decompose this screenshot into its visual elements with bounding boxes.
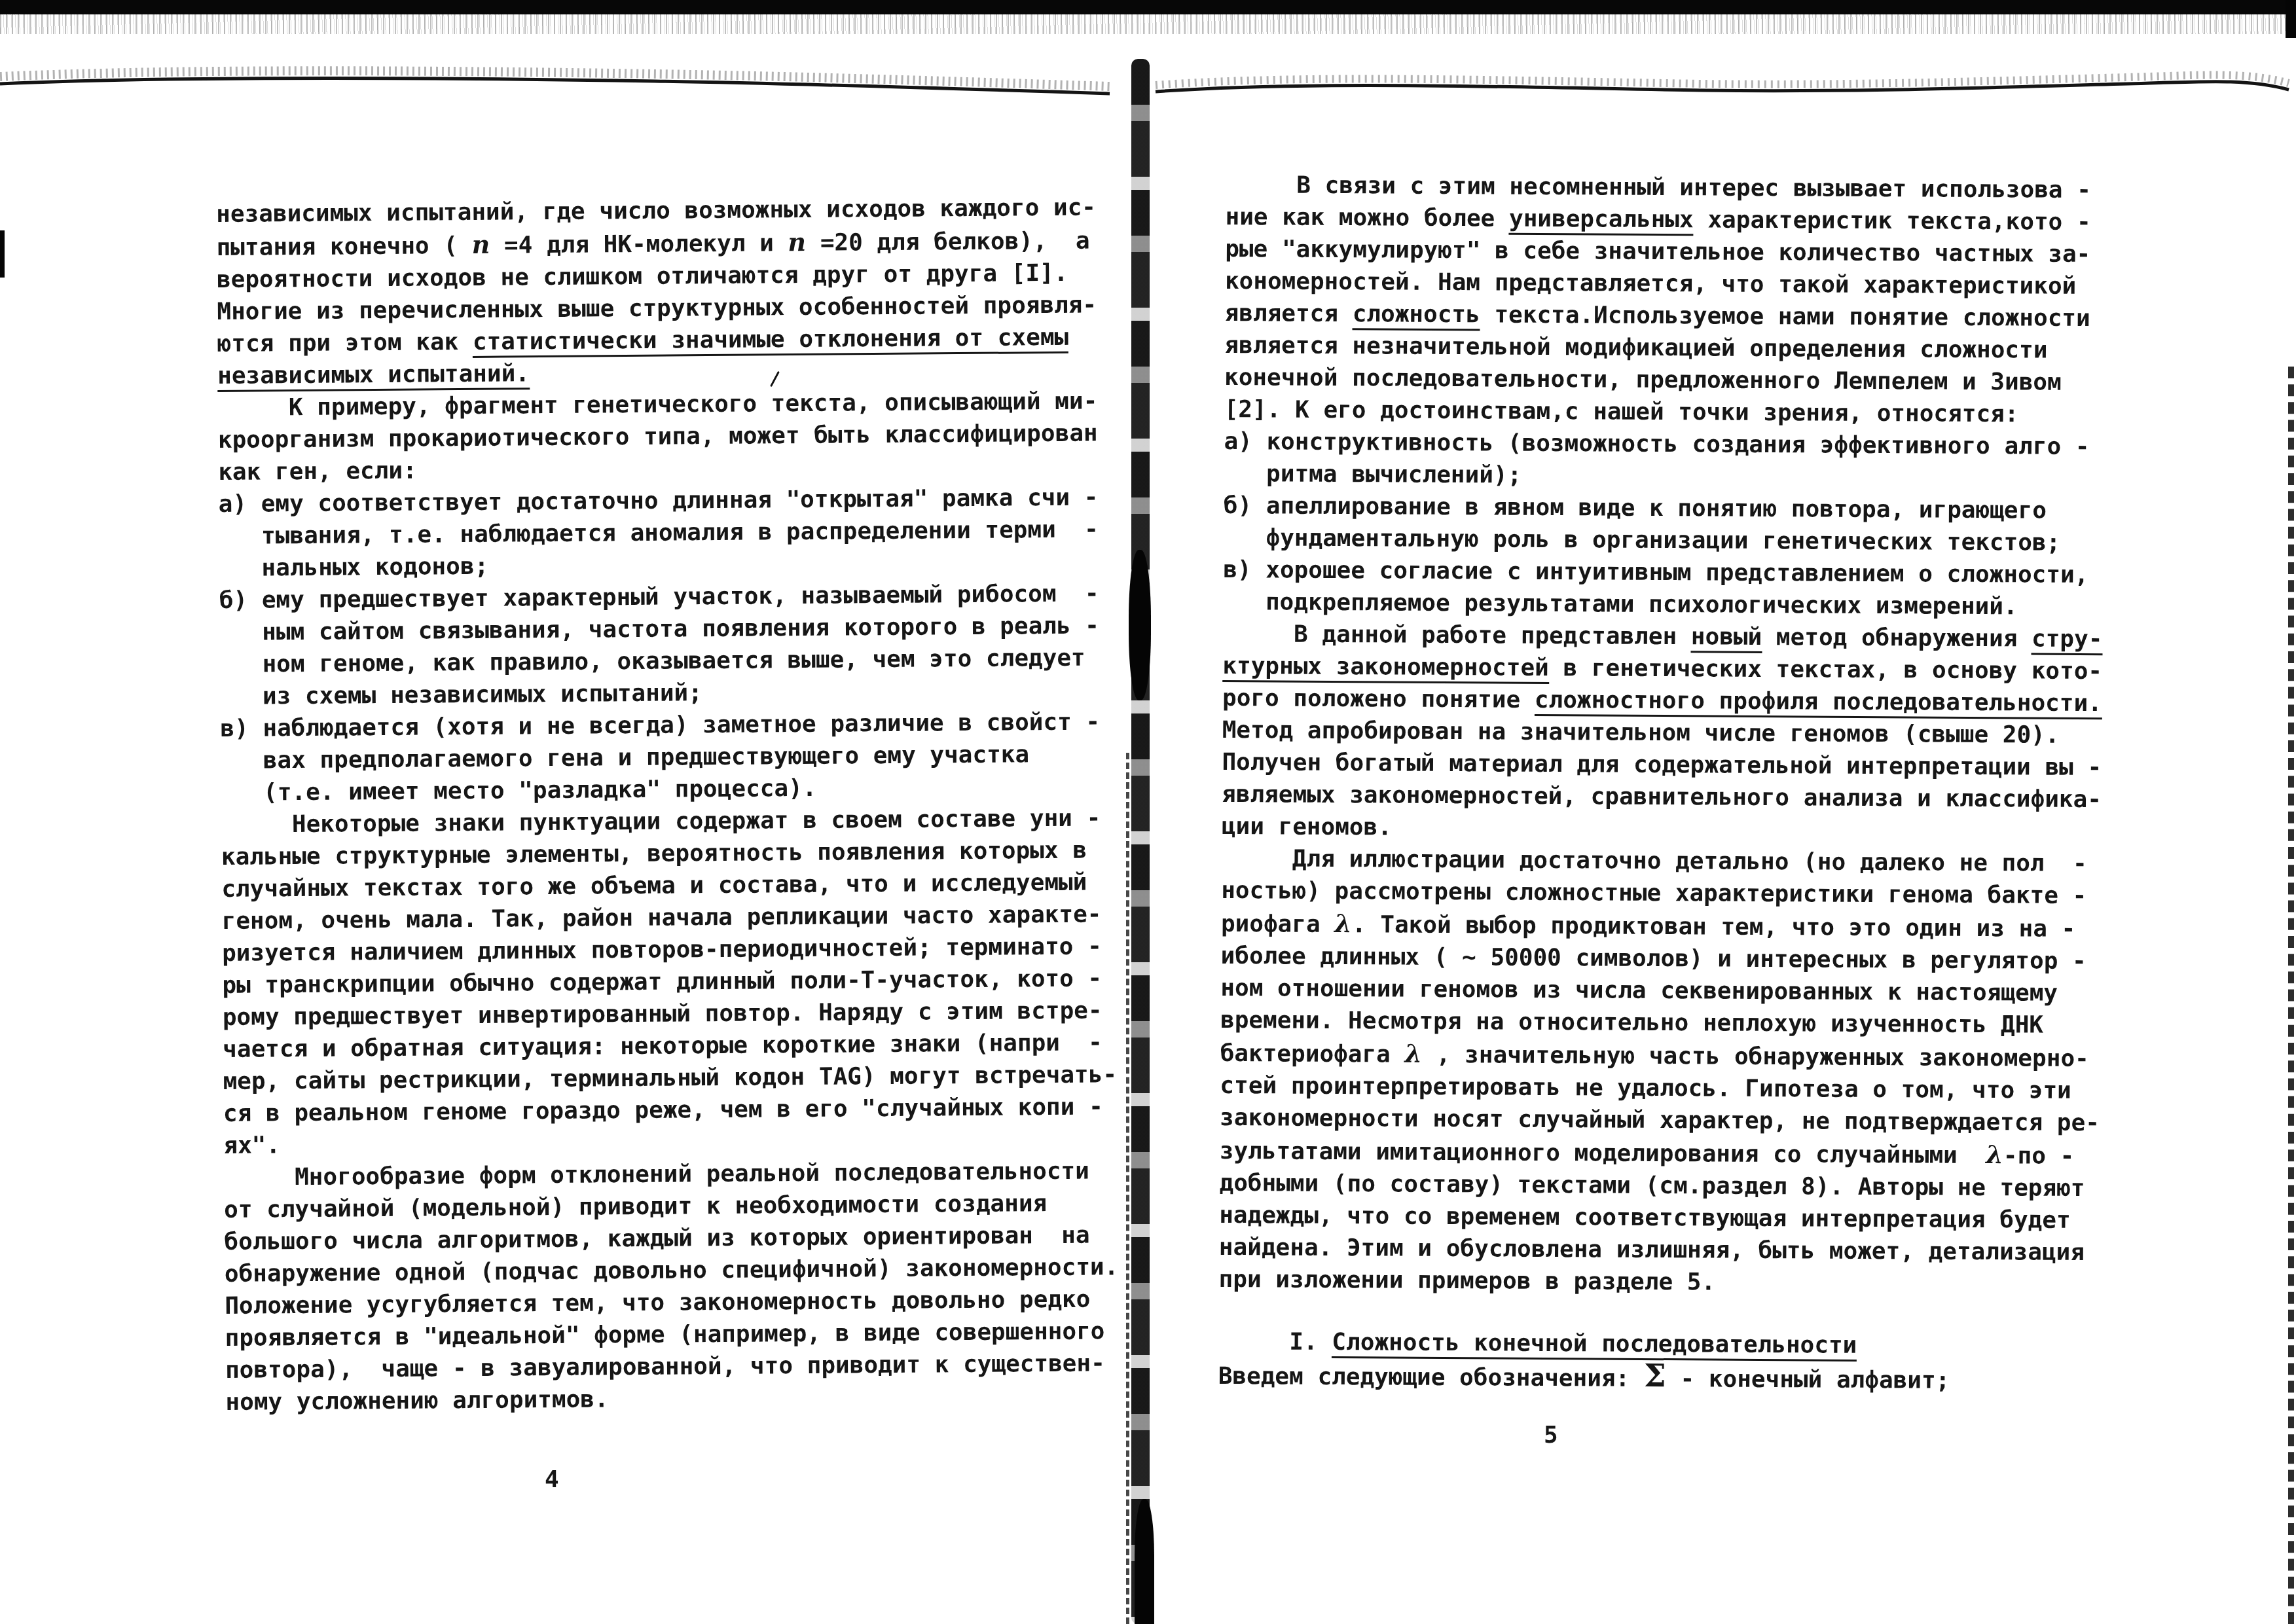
text-line: рые "аккумулируют" в себе значительное к…	[1225, 233, 2168, 271]
page-right-text: В связи с этим несомненный интерес вызыв…	[1218, 169, 2168, 1398]
text-segment: является	[1225, 300, 1353, 327]
text-segment: ному усложнению алгоритмов.	[225, 1386, 609, 1416]
text-segment: [2]. К его достоинствам,с нашей точки зр…	[1224, 396, 2019, 427]
text-segment: независимых испытаний, где число возможн…	[216, 194, 1096, 228]
text-segment: рые "аккумулируют" в себе значительное к…	[1225, 236, 2090, 268]
text-segment: нальных кодонов;	[261, 553, 488, 582]
text-segment: ностью) рассмотрены сложностные характер…	[1221, 877, 2086, 909]
text-segment: в) наблюдается (хотя и не всегда) заметн…	[220, 708, 1100, 742]
text-segment: вероятности исходов не слишком отличаютс…	[217, 260, 1068, 293]
text-segment: ным сайтом связывания, частота появления…	[262, 612, 1099, 645]
text-segment: ях".	[223, 1132, 280, 1159]
text-segment: В данной работе представлен	[1294, 621, 1691, 651]
math-symbol: λ	[1404, 1039, 1422, 1068]
text-segment: , значительную часть обнаруженных законо…	[1422, 1041, 2089, 1072]
text-line: конечной последовательности, предложенно…	[1224, 361, 2167, 399]
text-line: фундаментальную роль в организации генет…	[1223, 522, 2166, 560]
text-segment: ритма вычислений);	[1266, 460, 1522, 488]
text-line: В связи с этим несомненный интерес вызыв…	[1226, 169, 2168, 207]
text-segment: текста.Используемое нами понятие сложнос…	[1480, 301, 2090, 332]
text-segment: кроорганизм прокариотического типа, може…	[218, 420, 1098, 454]
text-segment: проявляется в "идеальной" форме (наприме…	[225, 1318, 1105, 1352]
text-line: ном отношении геномов из числа секвениро…	[1220, 972, 2163, 1010]
text-segment: кономерностей. Нам представляется, что т…	[1225, 268, 2077, 300]
text-segment: фундаментальную роль в организации генет…	[1266, 524, 2060, 556]
text-line: бактериофага λ , значительную часть обна…	[1220, 1036, 2163, 1075]
text-segment: зультатами имитационного моделирования с…	[1220, 1138, 1986, 1169]
text-segment: пытания конечно (	[216, 232, 471, 261]
text-line: ритма вычислений);	[1224, 458, 2166, 496]
underlined-text: универсальных	[1509, 206, 1694, 236]
scan-right-corner-mark	[2286, 0, 2296, 38]
text-line: стей проинтерпретировать не удалось. Гип…	[1220, 1070, 2162, 1108]
text-segment: Получен богатый материал для содержатель…	[1222, 749, 2102, 781]
scan-left-edge-mark	[0, 230, 5, 278]
text-segment: надежды, что со временем соответствующая…	[1219, 1202, 2071, 1234]
text-line: Введем следующие обозначения: Σ - конечн…	[1218, 1358, 2161, 1398]
text-segment: рого положено понятие	[1222, 685, 1535, 713]
text-segment: при изложении примеров в разделе 5.	[1219, 1266, 1716, 1296]
text-segment: повтора), чаще - в завуалированной, что …	[225, 1350, 1105, 1384]
text-segment: характеристик текста,кото -	[1694, 206, 2091, 236]
text-segment: случайных текстах того же объема и соста…	[221, 869, 1087, 903]
text-segment: Метод апробирован на значительном числе …	[1222, 717, 2060, 749]
spine-ink-blob	[1135, 1499, 1154, 1624]
text-line: добными (по составу) текстами (см.раздел…	[1219, 1167, 2162, 1205]
math-symbol: λ	[1986, 1140, 2003, 1169]
underlined-text: ктурных закономерностей	[1222, 653, 1549, 684]
text-segment: метод обнаружения	[1762, 624, 2032, 653]
text-segment: К примеру, фрагмент генетического текста…	[289, 388, 1098, 421]
text-line: В данной работе представлен новый метод …	[1223, 618, 2166, 656]
text-segment: стей проинтерпретировать не удалось. Гип…	[1220, 1072, 2071, 1104]
text-line: времени. Несмотря на относительно неплох…	[1220, 1004, 2163, 1042]
text-line: кономерностей. Нам представляется, что т…	[1225, 265, 2168, 303]
text-segment: чается и обратная ситуация: некоторые ко…	[223, 1029, 1102, 1063]
text-segment: ются при этом как	[217, 329, 473, 357]
text-segment: тывания, т.е. наблюдается аномалия в рас…	[261, 516, 1099, 549]
text-segment: Положение усугубляется тем, что закономе…	[225, 1286, 1090, 1320]
text-segment: Введем следующие обозначения:	[1218, 1363, 1644, 1392]
underlined-text: независимых испытаний.	[217, 360, 530, 392]
underlined-text: сложностного профиля последовательности.	[1535, 687, 2102, 719]
text-segment: обнаружение одной (подчас довольно специ…	[225, 1254, 1119, 1288]
text-segment: вах предполагаемого гена и предшествующе…	[263, 741, 1030, 774]
text-segment: - конечный алфавит;	[1666, 1365, 1950, 1394]
text-segment: закономерности носят случайный характер,…	[1220, 1104, 2100, 1136]
text-segment: кальные структурные элементы, вероятност…	[221, 837, 1087, 871]
text-segment: ном геноме, как правило, оказывается выш…	[262, 645, 1085, 678]
text-segment: добными (по составу) текстами (см.раздел…	[1219, 1170, 2085, 1202]
text-segment: -по -	[2003, 1142, 2075, 1170]
text-segment: ции геномов.	[1222, 813, 1392, 841]
text-segment: I.	[1289, 1329, 1332, 1356]
text-line: закономерности носят случайный характер,…	[1220, 1102, 2162, 1140]
text-segment: в) хорошее согласие с интуитивным предст…	[1223, 556, 2088, 588]
text-segment: ризуется наличием длинных повторов-перио…	[222, 933, 1102, 967]
text-line: рого положено понятие сложностного профи…	[1222, 682, 2165, 720]
text-segment: Многообразие форм отклонений реальной по…	[295, 1158, 1089, 1191]
text-segment: мер, сайты рестрикции, терминальный кодо…	[223, 1061, 1117, 1095]
text-line: надежды, что со временем соответствующая…	[1219, 1199, 2162, 1237]
scanned-book-spread: независимых испытаний, где число возможн…	[0, 0, 2296, 1624]
text-line: Получен богатый материал для содержатель…	[1222, 746, 2164, 784]
text-segment: В связи с этим несомненный интерес вызыв…	[1296, 172, 2091, 204]
text-segment: ры транскрипции обычно содержат длинный …	[222, 965, 1102, 999]
text-segment: б) апеллирование в явном виде к понятию …	[1224, 492, 2047, 524]
underlined-text: сложность	[1353, 300, 1480, 331]
text-line: являемых закономерностей, сравнительного…	[1222, 778, 2164, 816]
text-segment: (т.е. имеет место "разладка" процесса).	[263, 775, 817, 806]
text-segment: из схемы независимых испытаний;	[263, 679, 702, 710]
text-segment: большого числа алгоритмов, каждый из кот…	[224, 1222, 1089, 1255]
text-segment: от случайной (модельной) приводит к необ…	[224, 1190, 1047, 1223]
text-segment: Для иллюстрации достаточно детально (но …	[1292, 846, 2087, 877]
text-line: Для иллюстрации достаточно детально (но …	[1221, 842, 2164, 880]
text-segment: Многие из перечисленных выше структурных…	[217, 291, 1097, 325]
text-line: ние как можно более универсальных характ…	[1225, 201, 2168, 239]
text-segment: бактериофага	[1220, 1040, 1405, 1068]
scan-right-edge-dashes	[2288, 367, 2294, 1624]
text-segment: б) ему предшествует характерный участок,…	[219, 580, 1099, 614]
text-segment: =4 для НК-молекул и	[490, 230, 788, 259]
math-symbol: n	[788, 227, 806, 257]
text-segment: ном отношении геномов из числа секвениро…	[1220, 975, 2058, 1007]
page-number-left: 4	[545, 1466, 559, 1493]
underlined-text: статистически значимые отклонения от схе…	[473, 324, 1069, 358]
text-line: б) апеллирование в явном виде к понятию …	[1224, 490, 2166, 528]
text-segment: как ген, если:	[218, 458, 417, 486]
text-line: [2]. К его достоинствам,с нашей точки зр…	[1224, 393, 2167, 431]
text-line: ции геномов.	[1222, 810, 2164, 848]
text-segment: иболее длинных ( ~ 50000 символов) и инт…	[1221, 943, 2086, 975]
text-segment: в генетических текстах, в основу кото-	[1549, 655, 2103, 685]
text-line: I. Сложность конечной последовательности	[1218, 1326, 2161, 1363]
text-segment: =20 для белков), а	[806, 228, 1090, 257]
text-segment: а) конструктивность (возможность создани…	[1224, 428, 2089, 460]
math-symbol: n	[472, 230, 490, 259]
text-segment: ние как можно более	[1225, 204, 1509, 232]
text-segment: ся в реальном геноме гораздо реже, чем в…	[223, 1093, 1103, 1127]
text-line: ностью) рассмотрены сложностные характер…	[1221, 875, 2164, 912]
underlined-text: стру-	[2032, 626, 2103, 656]
sigma-symbol: Σ	[1644, 1358, 1666, 1394]
text-segment: являемых закономерностей, сравнительного…	[1222, 781, 2102, 813]
text-line: ктурных закономерностей в генетических т…	[1222, 650, 2165, 688]
text-line: в) хорошее согласие с интуитивным предст…	[1223, 554, 2166, 592]
text-line: является сложность текста.Используемое н…	[1225, 297, 2168, 335]
text-line: является незначительной модификацией опр…	[1224, 329, 2167, 367]
text-line: а) конструктивность (возможность создани…	[1224, 425, 2166, 463]
underlined-text: Сложность конечной последовательности	[1332, 1329, 1857, 1362]
text-line: при изложении примеров в разделе 5.	[1218, 1263, 2161, 1301]
underlined-text: новый	[1691, 623, 1762, 653]
text-line: подкрепляемое результатами психологическ…	[1223, 586, 2166, 624]
text-line: найдена. Этим и обусловлена излишняя, бы…	[1219, 1231, 2162, 1269]
text-line: иболее длинных ( ~ 50000 символов) и инт…	[1221, 940, 2164, 978]
text-segment: времени. Несмотря на относительно неплох…	[1220, 1007, 2043, 1039]
text-line: Метод апробирован на значительном числе …	[1222, 714, 2165, 752]
text-segment: подкрепляемое результатами психологическ…	[1266, 588, 2018, 620]
text-segment: является незначительной модификацией опр…	[1224, 332, 2047, 364]
text-segment: Некоторые знаки пунктуации содержат в св…	[292, 804, 1101, 838]
text-segment: геном, очень мала. Так, район начала реп…	[222, 901, 1102, 935]
page-number-right: 5	[1544, 1422, 1558, 1449]
text-segment: а) ему соответствует достаточно длинная …	[219, 484, 1099, 518]
text-segment: рому предшествует инвертированный повтор…	[223, 997, 1102, 1031]
math-symbol: λ	[1334, 909, 1352, 938]
text-segment: . Такой выбор продиктован тем, что это о…	[1352, 911, 2076, 943]
page-left-text: независимых испытаний, где число возможн…	[216, 191, 1142, 1418]
text-segment: риофага	[1221, 911, 1335, 938]
text-segment: найдена. Этим и обусловлена излишняя, бы…	[1219, 1234, 2085, 1266]
text-segment: конечной последовательности, предложенно…	[1224, 364, 2062, 396]
text-line: риофага λ. Такой выбор продиктован тем, …	[1221, 907, 2164, 946]
text-line: зультатами имитационного моделирования с…	[1220, 1134, 2162, 1173]
